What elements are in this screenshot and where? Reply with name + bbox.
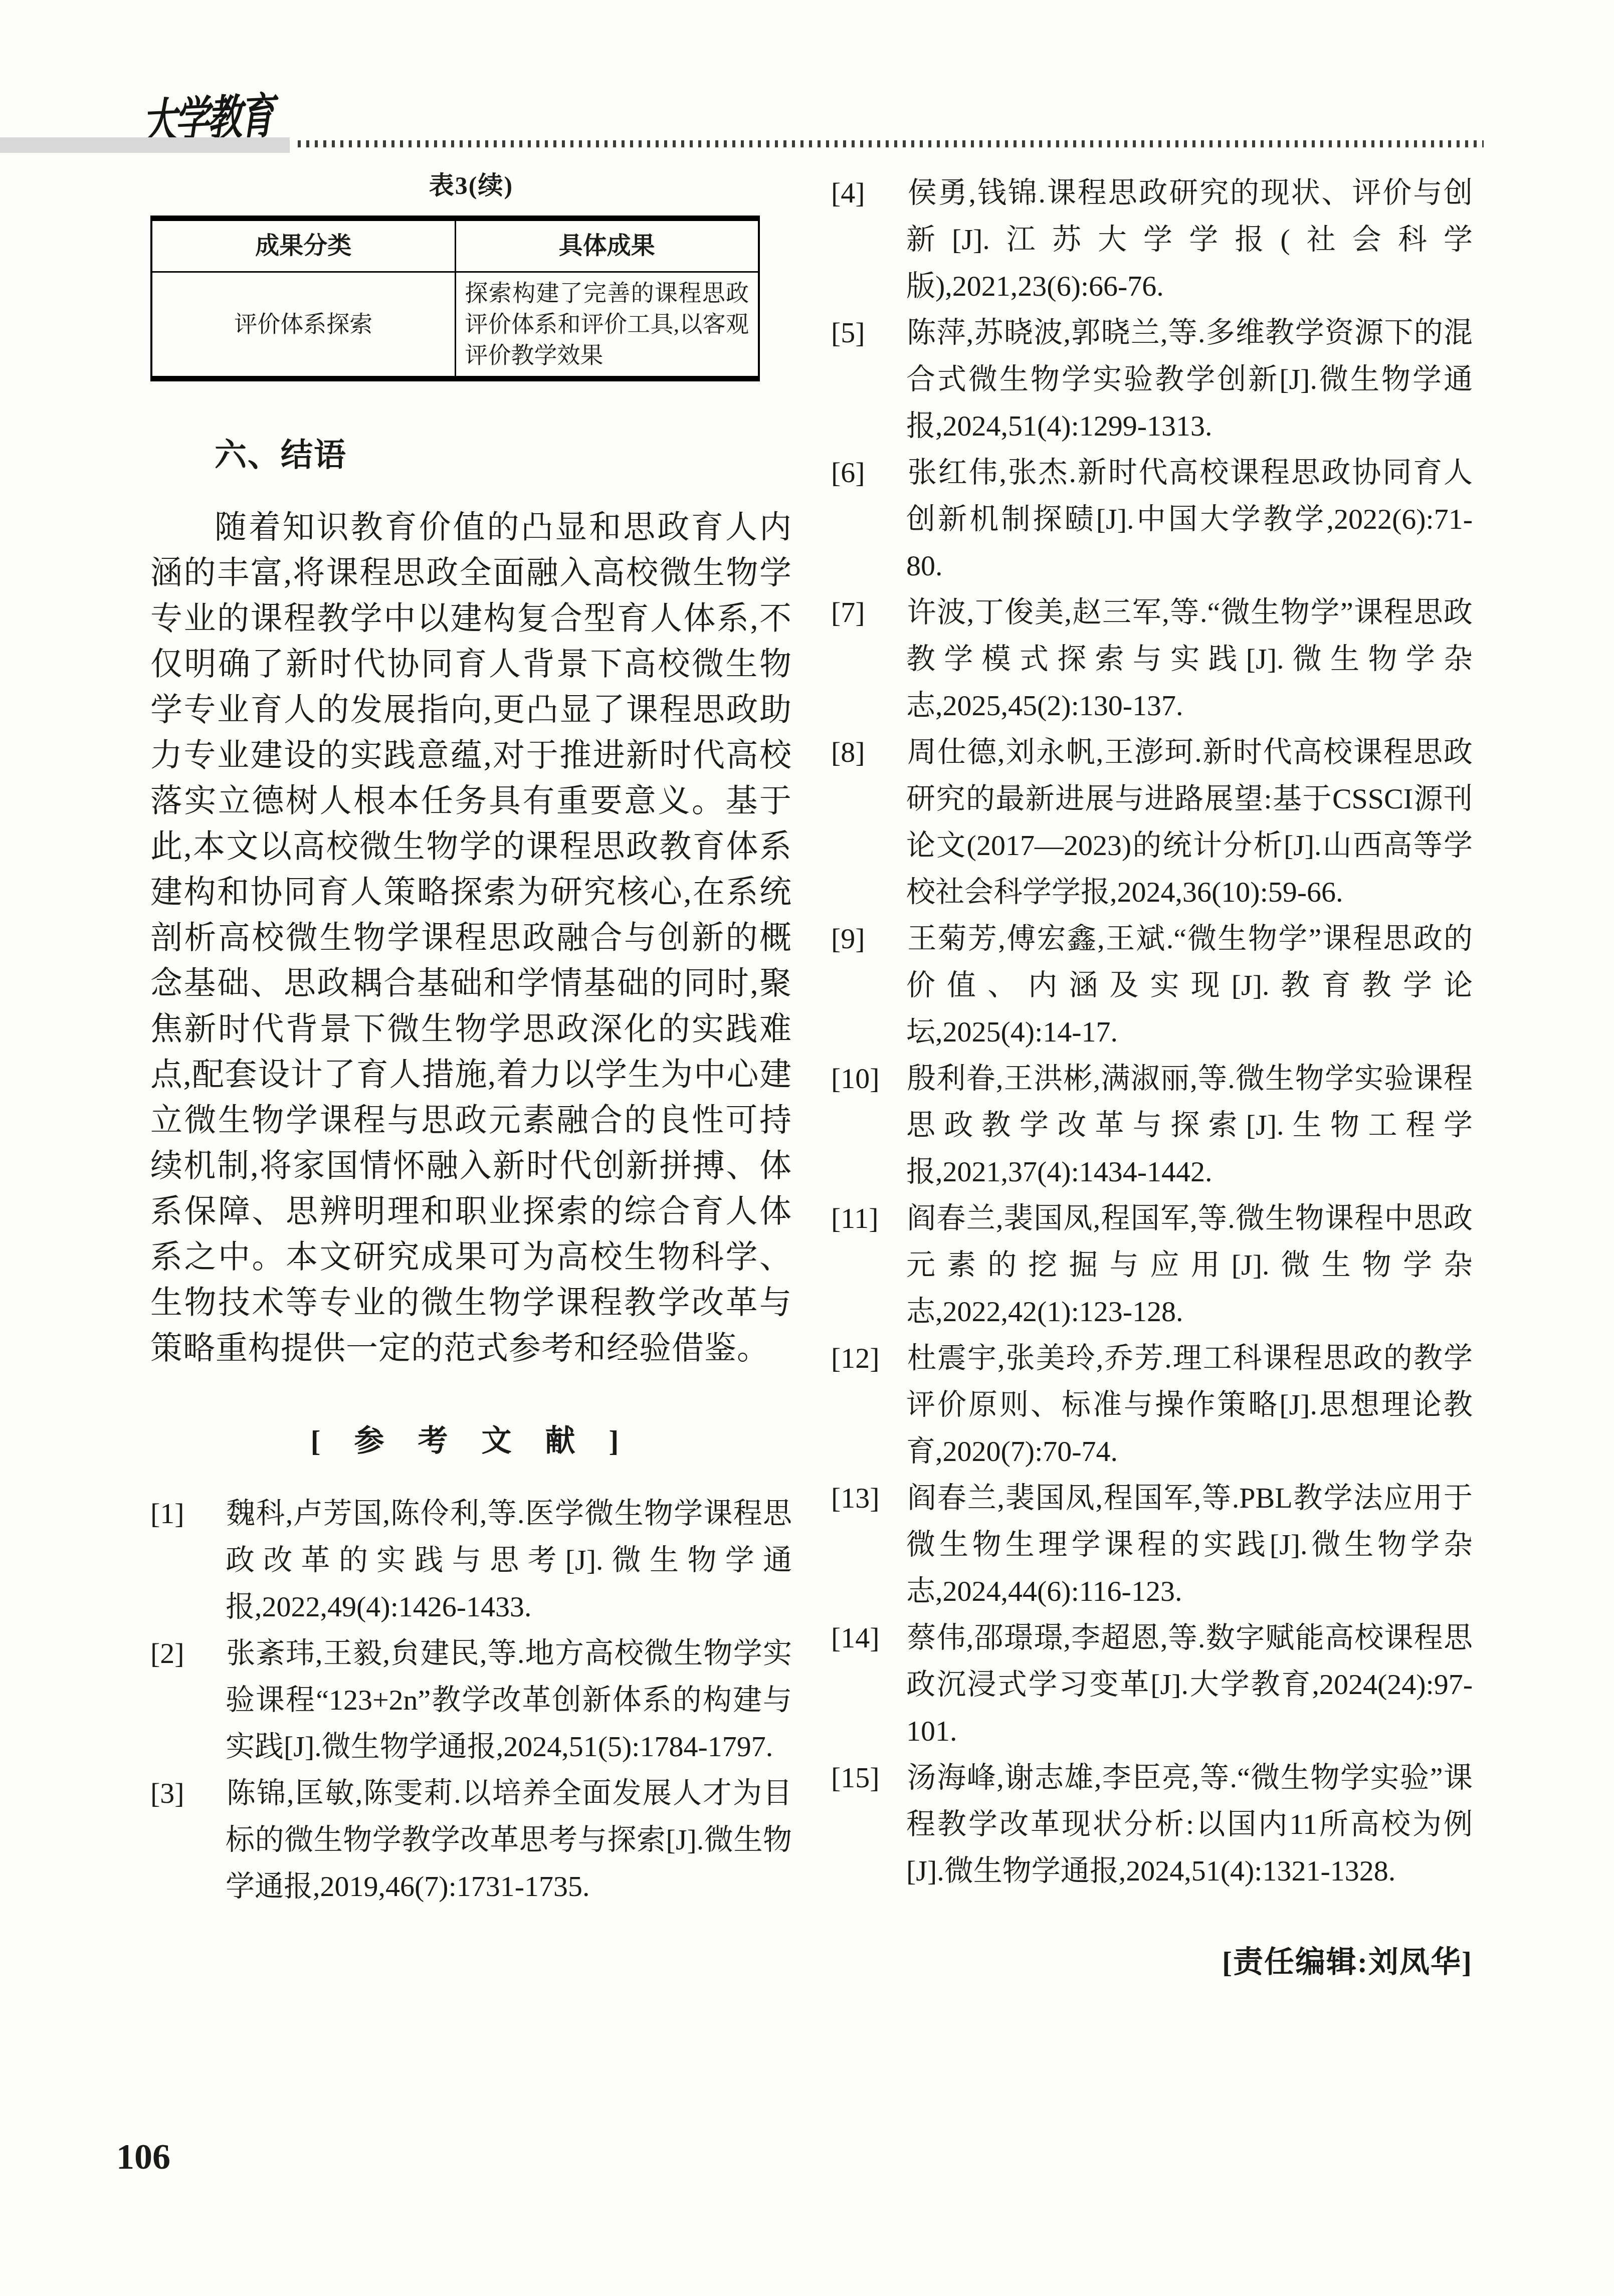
table-cell-category: 评价体系探索 <box>151 272 455 379</box>
reference-item: [8]周仕德,刘永帆,王澎珂.新时代高校课程思政研究的最新进展与进路展望:基于C… <box>831 729 1473 915</box>
reference-item: [6]张红伟,张杰.新时代高校课程思政协同育人创新机制探赜[J].中国大学教学,… <box>831 449 1473 589</box>
conclusion-heading: 六、结语 <box>215 429 792 475</box>
reference-number: [11] <box>831 1195 906 1241</box>
reference-item: [7]许波,丁俊美,赵三军,等.“微生物学”课程思政教学模式探索与实践[J].微… <box>831 589 1473 729</box>
reference-item: [4]侯勇,钱锦.课程思政研究的现状、评价与创新[J].江苏大学学报(社会科学版… <box>831 169 1473 309</box>
responsible-editor: [责任编辑:刘凤华] <box>831 1938 1473 1981</box>
table-header-row: 成果分类 具体成果 <box>151 219 759 272</box>
reference-text: 王菊芳,傅宏鑫,王斌.“微生物学”课程思政的价值、内涵及实现[J].教育教学论坛… <box>906 922 1473 1048</box>
reference-text: 陈锦,匡敏,陈雯莉.以培养全面发展人才为目标的微生物学教学改革思考与探索[J].… <box>226 1777 792 1903</box>
reference-item: [2]张紊玮,王毅,贠建民,等.地方高校微生物学实验课程“123+2n”教学改革… <box>150 1630 792 1770</box>
reference-text: 周仕德,刘永帆,王澎珂.新时代高校课程思政研究的最新进展与进路展望:基于CSSC… <box>906 736 1473 908</box>
reference-number: [12] <box>831 1335 906 1381</box>
reference-text: 杜震宇,张美玲,乔芳.理工科课程思政的教学评价原则、标准与操作策略[J].思想理… <box>906 1342 1473 1468</box>
reference-number: [14] <box>831 1614 906 1661</box>
reference-number: [10] <box>831 1055 906 1102</box>
reference-item: [12]杜震宇,张美玲,乔芳.理工科课程思政的教学评价原则、标准与操作策略[J]… <box>831 1335 1473 1475</box>
results-table: 成果分类 具体成果 评价体系探索 探索构建了完善的课程思政评价体系和评价工具,以… <box>150 216 760 381</box>
reference-item: [10]殷利眷,王洪彬,满淑丽,等.微生物学实验课程思政教学改革与探索[J].生… <box>831 1055 1473 1195</box>
reference-text: 侯勇,钱锦.课程思政研究的现状、评价与创新[J].江苏大学学报(社会科学版),2… <box>906 176 1473 302</box>
reference-text: 阎春兰,裴国凤,程国军,等.PBL教学法应用于微生物生理学课程的实践[J].微生… <box>906 1482 1473 1607</box>
table-row: 评价体系探索 探索构建了完善的课程思政评价体系和评价工具,以客观评价教学效果 <box>151 272 759 379</box>
reference-number: [4] <box>831 169 906 216</box>
reference-text: 阎春兰,裴国凤,程国军,等.微生物课程中思政元素的挖掘与应用[J].微生物学杂志… <box>906 1202 1473 1328</box>
references-left-list: [1]魏科,卢芳国,陈伶利,等.医学微生物学课程思政改革的实践与思考[J].微生… <box>150 1490 792 1910</box>
header-gray-bar <box>0 137 290 153</box>
reference-item: [14]蔡伟,邵璟璟,李超恩,等.数字赋能高校课程思政沉浸式学习变革[J].大学… <box>831 1614 1473 1754</box>
reference-item: [3]陈锦,匡敏,陈雯莉.以培养全面发展人才为目标的微生物学教学改革思考与探索[… <box>150 1770 792 1910</box>
reference-text: 陈萍,苏晓波,郭晓兰,等.多维教学资源下的混合式微生物学实验教学创新[J].微生… <box>906 316 1473 442</box>
table-title: 表3(续) <box>150 165 792 201</box>
reference-item: [1]魏科,卢芳国,陈伶利,等.医学微生物学课程思政改革的实践与思考[J].微生… <box>150 1490 792 1630</box>
page-number: 106 <box>116 2136 170 2178</box>
table-cell-detail: 探索构建了完善的课程思政评价体系和评价工具,以客观评价教学效果 <box>455 272 759 379</box>
reference-number: [3] <box>150 1770 226 1816</box>
left-column: 表3(续) 成果分类 具体成果 评价体系探索 探索构建了完善的课程思政评价体系和… <box>150 165 792 1910</box>
reference-item: [15]汤海峰,谢志雄,李臣亮,等.“微生物学实验”课程教学改革现状分析:以国内… <box>831 1754 1473 1894</box>
reference-text: 魏科,卢芳国,陈伶利,等.医学微生物学课程思政改革的实践与思考[J].微生物学通… <box>226 1497 792 1623</box>
reference-item: [13]阎春兰,裴国凤,程国军,等.PBL教学法应用于微生物生理学课程的实践[J… <box>831 1475 1473 1614</box>
reference-item: [5]陈萍,苏晓波,郭晓兰,等.多维教学资源下的混合式微生物学实验教学创新[J]… <box>831 309 1473 449</box>
reference-number: [9] <box>831 915 906 962</box>
journal-page: 大学教育 表3(续) 成果分类 具体成果 评价体系探索 探索构建了完善的课程思政… <box>0 0 1614 2296</box>
conclusion-paragraph: 随着知识教育价值的凸显和思政育人内涵的丰富,将课程思政全面融入高校微生物学专业的… <box>150 504 792 1371</box>
reference-item: [9]王菊芳,傅宏鑫,王斌.“微生物学”课程思政的价值、内涵及实现[J].教育教… <box>831 915 1473 1055</box>
reference-number: [6] <box>831 449 906 496</box>
journal-logo: 大学教育 <box>141 79 248 147</box>
reference-number: [13] <box>831 1475 906 1521</box>
reference-text: 蔡伟,邵璟璟,李超恩,等.数字赋能高校课程思政沉浸式学习变革[J].大学教育,2… <box>906 1621 1473 1747</box>
reference-item: [11]阎春兰,裴国凤,程国军,等.微生物课程中思政元素的挖掘与应用[J].微生… <box>831 1195 1473 1335</box>
reference-text: 许波,丁俊美,赵三军,等.“微生物学”课程思政教学模式探索与实践[J].微生物学… <box>906 596 1473 722</box>
right-column: [4]侯勇,钱锦.课程思政研究的现状、评价与创新[J].江苏大学学报(社会科学版… <box>831 169 1473 2011</box>
reference-number: [8] <box>831 729 906 775</box>
table-header-category: 成果分类 <box>151 219 455 272</box>
reference-number: [7] <box>831 589 906 636</box>
reference-number: [5] <box>831 309 906 356</box>
header-dotted-rule <box>298 140 1484 147</box>
reference-text: 汤海峰,谢志雄,李臣亮,等.“微生物学实验”课程教学改革现状分析:以国内11所高… <box>906 1761 1473 1887</box>
references-right-list: [4]侯勇,钱锦.课程思政研究的现状、评价与创新[J].江苏大学学报(社会科学版… <box>831 169 1473 1894</box>
reference-text: 殷利眷,王洪彬,满淑丽,等.微生物学实验课程思政教学改革与探索[J].生物工程学… <box>906 1062 1473 1188</box>
reference-text: 张紊玮,王毅,贠建民,等.地方高校微生物学实验课程“123+2n”教学改革创新体… <box>226 1637 792 1763</box>
references-heading: [ 参 考 文 献 ] <box>150 1417 792 1460</box>
reference-number: [1] <box>150 1490 226 1537</box>
table-header-detail: 具体成果 <box>455 219 759 272</box>
reference-number: [2] <box>150 1630 226 1677</box>
reference-text: 张红伟,张杰.新时代高校课程思政协同育人创新机制探赜[J].中国大学教学,202… <box>906 456 1473 582</box>
reference-number: [15] <box>831 1754 906 1801</box>
